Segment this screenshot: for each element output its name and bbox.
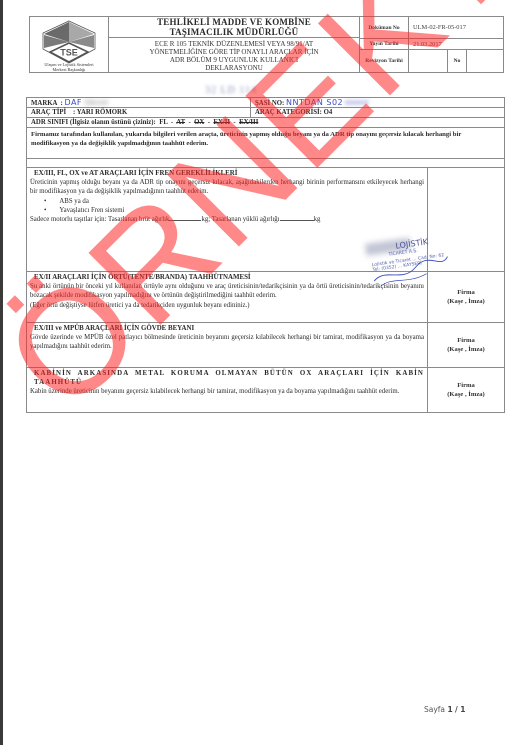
department-title: TEHLİKELİ MADDE VE KOMBİNE TAŞIMACILIK M… <box>109 17 359 38</box>
doc-no-value: ULM-02-FR-05-017 <box>409 17 503 38</box>
type-row: ARAÇ TİPİ : YARI RÖMORK ARAÇ KATEGORİSİ:… <box>27 108 504 118</box>
pub-date-value: 21.03.2017 <box>409 39 503 49</box>
brake-bullets: ABS ya da Yavaşlatıcı Fren sistemi <box>30 197 424 215</box>
gross-weight-field[interactable] <box>169 220 201 221</box>
adr-class-row: ADR SINIFI (İlgisiz olanın üstünü çizini… <box>27 118 504 128</box>
doc-no-row: Doküman No ULM-02-FR-05-017 <box>360 17 503 39</box>
type-value: : YARI RÖMORK <box>73 109 127 116</box>
handwritten-plate: 32 LD 114 <box>205 85 257 96</box>
form-subtitle: ECE R 105 TEKNİK DÜZENLEMESİ VEYA 98/91/… <box>109 38 359 72</box>
adr-class-ox: OX <box>194 119 204 126</box>
general-declaration: Firmamız tarafından kullanılan, yukarıda… <box>27 128 504 159</box>
section-body: EX/III ve MPÜB ARAÇLARI İÇİN GÖVDE BEYAN… <box>27 323 504 368</box>
document-header: TSE Ulaşım ve Lojistik Sistemleri Merkez… <box>29 16 504 73</box>
header-title-block: TEHLİKELİ MADDE VE KOMBİNE TAŞIMACILIK M… <box>109 17 360 72</box>
page-indicator: Sayfa 1 / 1 <box>424 705 465 714</box>
adr-class-ex-ii: EX/II <box>213 119 230 126</box>
brand-row: MARKA : DAF TIRSAN ŞASİ NO: NNTDAN S02 0… <box>27 98 504 108</box>
category-value: O4 <box>324 109 333 116</box>
rev-date-value <box>409 50 448 72</box>
document-meta: Doküman No ULM-02-FR-05-017 Yayın Tarihi… <box>360 17 503 72</box>
chassis-value: NNTDAN S02 <box>286 98 343 107</box>
signature-box: Firma (Kaşe , İmza) <box>428 368 504 412</box>
scan-edge <box>0 0 3 745</box>
revision-row: Revizyon Tarihi No <box>360 50 503 72</box>
weight-line: Sadece motorlu taşıtlar için: Tasarlanan… <box>30 215 424 224</box>
adr-class-ex-iii: EX/III <box>239 119 258 126</box>
rev-no-value <box>467 50 503 72</box>
signature-box: Firma (Kaşe , İmza) <box>428 323 504 367</box>
brand-redacted: TIRSAN <box>84 100 109 107</box>
logo-caption: Ulaşım ve Lojistik Sistemleri Merkezi Ba… <box>30 62 108 72</box>
laden-weight-field[interactable] <box>280 220 314 221</box>
svg-text:TSE: TSE <box>60 48 78 58</box>
chassis-redacted: 0000000 <box>345 100 369 107</box>
spacer <box>27 159 504 168</box>
pub-date-row: Yayın Tarihi 21.03.2017 <box>360 39 503 50</box>
adr-class-at: AT <box>176 119 185 126</box>
adr-class-fl: FL <box>159 119 167 126</box>
tse-logo: TSE Ulaşım ve Lojistik Sistemleri Merkez… <box>30 17 109 72</box>
adr-class-list: FL - AT - OX - EX/II - EX/III <box>159 119 258 126</box>
section-cabin: KABİNİN ARKASINDA METAL KORUMA OLMAYAN B… <box>27 368 504 412</box>
tse-hexagon-icon: TSE <box>38 20 100 64</box>
brand-value: DAF <box>64 98 82 107</box>
signature-icon <box>369 250 452 291</box>
